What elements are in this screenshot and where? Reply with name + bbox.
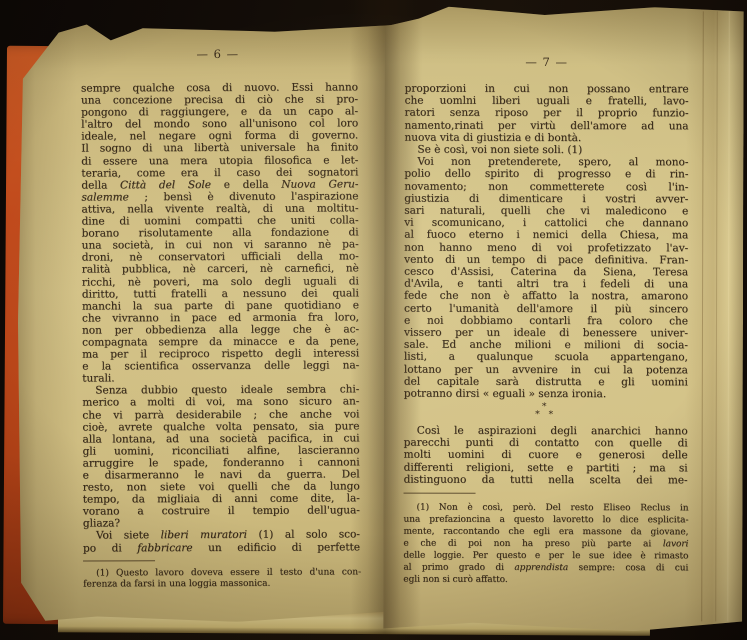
right-page: — 7 — proporzioni in cui non possano ent… bbox=[383, 5, 744, 634]
text-line: delle loggie. Per questo e per le sue id… bbox=[403, 550, 688, 563]
text-line: ratori senza riposo per il proprio funzi… bbox=[405, 107, 689, 120]
text-line: vento di un tempo di pace definitiva. Fr… bbox=[404, 253, 688, 266]
text-line: al fuoco eterno i nemici della Chiesa, m… bbox=[404, 229, 688, 242]
text-line: cesco d'Assisi, Caterina da Siena, Teres… bbox=[404, 266, 688, 279]
text-line: sale. Ed anche milioni e milioni di soci… bbox=[404, 339, 688, 352]
left-page-text: sempre qualche cosa di nuovo. Essi hanno… bbox=[81, 81, 360, 554]
text-line: vorano a costruire il tempio dell'ugua- bbox=[83, 505, 360, 518]
text-line: fede che non è affatto la nostra, amaron… bbox=[404, 290, 688, 303]
text-line: una prefazioncina a questo lavoretto lo … bbox=[403, 514, 688, 527]
text-line: distinguono da tutti nella scelta dei me… bbox=[404, 473, 688, 486]
text-line: namento,rinati per virtù dell'amore ad u… bbox=[404, 119, 688, 132]
book-photo: — 6 — sempre qualche cosa di nuovo. Essi… bbox=[0, 0, 747, 640]
asterism-divider: * * * bbox=[404, 403, 688, 420]
text-line: vissero per un ideale di benessere unive… bbox=[404, 327, 688, 340]
text-line: e noi dobbiamo contarli fra coloro che bbox=[404, 314, 688, 327]
text-line: mente, raccontando che egli era massone … bbox=[403, 526, 688, 539]
right-page-footnote: (1) Non è così, però. Del resto Eliseo R… bbox=[403, 502, 688, 587]
left-footnote-separator bbox=[83, 560, 155, 561]
text-line: egli non si curò affatto. bbox=[403, 574, 688, 587]
right-page-text-after-divider: Così le aspirazioni degli anarchici hann… bbox=[404, 425, 688, 487]
text-line: non hanno meno di voi profetizzato l'av- bbox=[404, 241, 688, 254]
right-page-text: proporzioni in cui non possano entrarech… bbox=[404, 83, 689, 401]
text-line: (1) Questo lavoro doveva essere il testo… bbox=[83, 567, 361, 579]
text-line: novamento; non commetterete così l'in- bbox=[404, 180, 688, 193]
text-line: del capitale sarà distrutta e gli uomini bbox=[404, 375, 688, 388]
text-line: e che di poi non ha preso più parte ai l… bbox=[403, 538, 688, 551]
text-line: molti uomini di cuore e generosi delle bbox=[404, 449, 688, 462]
text-line: differenti religioni, sette e partiti ; … bbox=[404, 461, 688, 474]
text-line: polio dello spirito di progresso e di ri… bbox=[404, 168, 688, 181]
text-line: sari naturali, quelli che vi maledicono … bbox=[404, 205, 688, 218]
text-line: Così le aspirazioni degli anarchici hann… bbox=[404, 425, 688, 438]
right-page-number: — 7 — bbox=[405, 55, 689, 70]
text-line: Voi non pretenderete, spero, al mono- bbox=[404, 156, 688, 169]
text-line: giustizia di dimenticare i vostri avver- bbox=[404, 192, 688, 205]
text-line: listi, a qualunque scuola appartengano, bbox=[404, 351, 688, 364]
text-line: po di fabbricare un edificio di perfette bbox=[83, 541, 360, 554]
text-line: vi scomunicano, i cattolici che dannano bbox=[404, 217, 688, 230]
text-line: (1) Non è così, però. Del resto Eliseo R… bbox=[403, 502, 688, 515]
right-footnote-separator bbox=[404, 493, 476, 494]
text-line: che uomlni liberi uguali e fratelli, lav… bbox=[405, 95, 689, 108]
text-line: ferenza da farsi in una loggia massonica… bbox=[83, 578, 361, 590]
left-page: — 6 — sempre qualche cosa di nuovo. Essi… bbox=[15, 21, 394, 623]
left-page-number: — 6 — bbox=[79, 46, 357, 61]
text-line: al primo grado di apprendista sempre: co… bbox=[403, 562, 688, 575]
text-line: certo l'umanità dell'amore il più sincer… bbox=[404, 302, 688, 315]
text-line: proporzioni in cui non possano entrare bbox=[405, 83, 689, 96]
text-line: nuova vita di giustizia e di bontà. bbox=[404, 131, 688, 144]
left-page-footnote: (1) Questo lavoro doveva essere il testo… bbox=[83, 567, 361, 590]
asterism-bottom: * * bbox=[404, 411, 688, 420]
text-line: lottano per un avvenire in cui la potenz… bbox=[404, 363, 688, 376]
text-line: e la scientifica osservanza delle leggi … bbox=[82, 359, 359, 372]
text-line: parecchi punti di contatto con quelle di bbox=[404, 437, 688, 450]
text-line: Se è così, voi non siete soli. (1) bbox=[404, 144, 688, 157]
text-line: potranno dirsi « eguali » senza ironia. bbox=[404, 388, 688, 401]
